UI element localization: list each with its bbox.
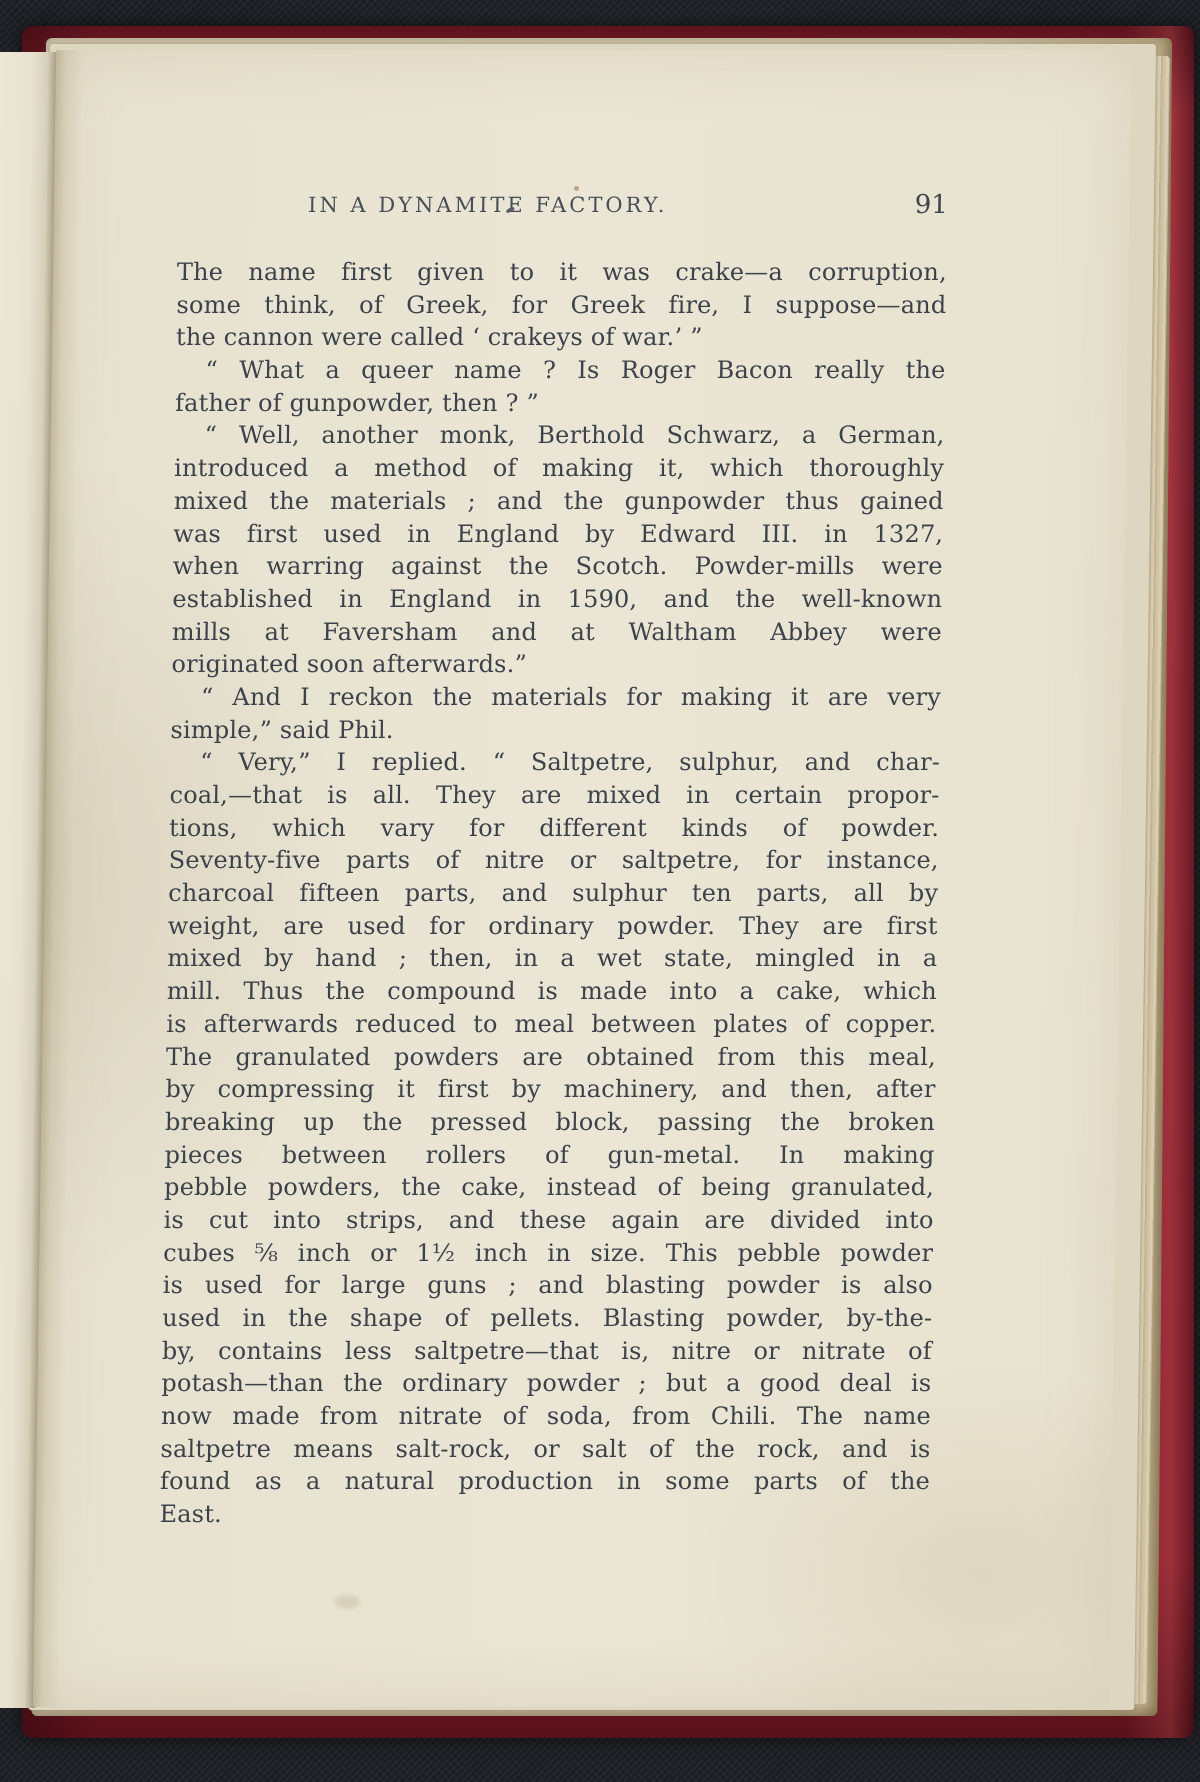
text-line: when warring against the Scotch. Powder-… — [173, 550, 943, 583]
text-line: is cut into strips, and these again are … — [163, 1204, 933, 1237]
text-line: mixed by hand ; then, in a wet state, mi… — [167, 942, 937, 975]
text-line: cubes ⅝ inch or 1½ inch in size. This pe… — [163, 1237, 933, 1270]
text-line: pieces between rollers of gun-metal. In … — [164, 1139, 934, 1172]
body-text: The name first given to it was crake—a c… — [159, 256, 947, 1531]
paper-stain — [574, 186, 579, 191]
text-line: found as a natural production in some pa… — [160, 1465, 930, 1498]
text-line: pebble powders, the cake, instead of bei… — [164, 1171, 934, 1204]
text-line: father of gunpowder, then ? ” — [175, 387, 945, 420]
book-page: IN A DYNAMITE FACTORY. 91 The name first… — [33, 50, 1132, 1707]
text-line: was first used in England by Edward III.… — [173, 518, 943, 551]
text-line: “ And I reckon the materials for making … — [171, 681, 941, 714]
text-line: established in England in 1590, and the … — [172, 583, 942, 616]
text-line: mixed the materials ; and the gunpowder … — [173, 485, 943, 518]
text-line: Seventy-five parts of nitre or saltpetre… — [168, 844, 938, 877]
text-line: introduced a method of making it, which … — [174, 452, 944, 485]
text-line: simple,” said Phil. — [170, 714, 940, 747]
text-line: is used for large guns ; and blasting po… — [163, 1269, 933, 1302]
text-line: saltpetre means salt-rock, or salt of th… — [160, 1433, 930, 1466]
scanned-book-photo: IN A DYNAMITE FACTORY. 91 The name first… — [0, 0, 1200, 1782]
text-line: tions, which vary for different kinds of… — [169, 812, 939, 845]
text-line: charcoal fifteen parts, and sulphur ten … — [168, 877, 938, 910]
text-line: weight, are used for ordinary powder. Th… — [168, 910, 938, 943]
text-line: “ What a queer name ? Is Roger Bacon rea… — [175, 354, 945, 387]
text-line: mills at Faversham and at Waltham Abbey … — [172, 616, 942, 649]
text-line: “ Very,” I replied. “ Saltpetre, sulphur… — [170, 746, 940, 779]
text-line: potash—than the ordinary powder ; but a … — [161, 1367, 931, 1400]
text-line: coal,—that is all. They are mixed in cer… — [169, 779, 939, 812]
text-line: is afterwards reduced to meal between pl… — [166, 1008, 936, 1041]
text-line: mill. Thus the compound is made into a c… — [167, 975, 937, 1008]
text-line: East. — [159, 1498, 929, 1531]
text-line: by, contains less saltpetre—that is, nit… — [162, 1335, 932, 1368]
text-line: used in the shape of pellets. Blasting p… — [162, 1302, 932, 1335]
text-line: originated soon afterwards.” — [171, 648, 941, 681]
page-number: 91 — [678, 190, 948, 220]
text-line: The name first given to it was crake—a c… — [177, 256, 947, 289]
text-line: now made from nitrate of soda, from Chil… — [161, 1400, 931, 1433]
text-line: The granulated powders are obtained from… — [166, 1041, 936, 1074]
text-line: some think, of Greek, for Greek fire, I … — [176, 289, 946, 322]
paper-stain — [334, 1595, 360, 1609]
text-line: by compressing it first by machinery, an… — [165, 1073, 935, 1106]
text-line: “ Well, another monk, Berthold Schwarz, … — [174, 419, 944, 452]
text-line: the cannon were called ‘ crakeys of war.… — [176, 321, 946, 354]
text-line: breaking up the pressed block, passing t… — [165, 1106, 935, 1139]
